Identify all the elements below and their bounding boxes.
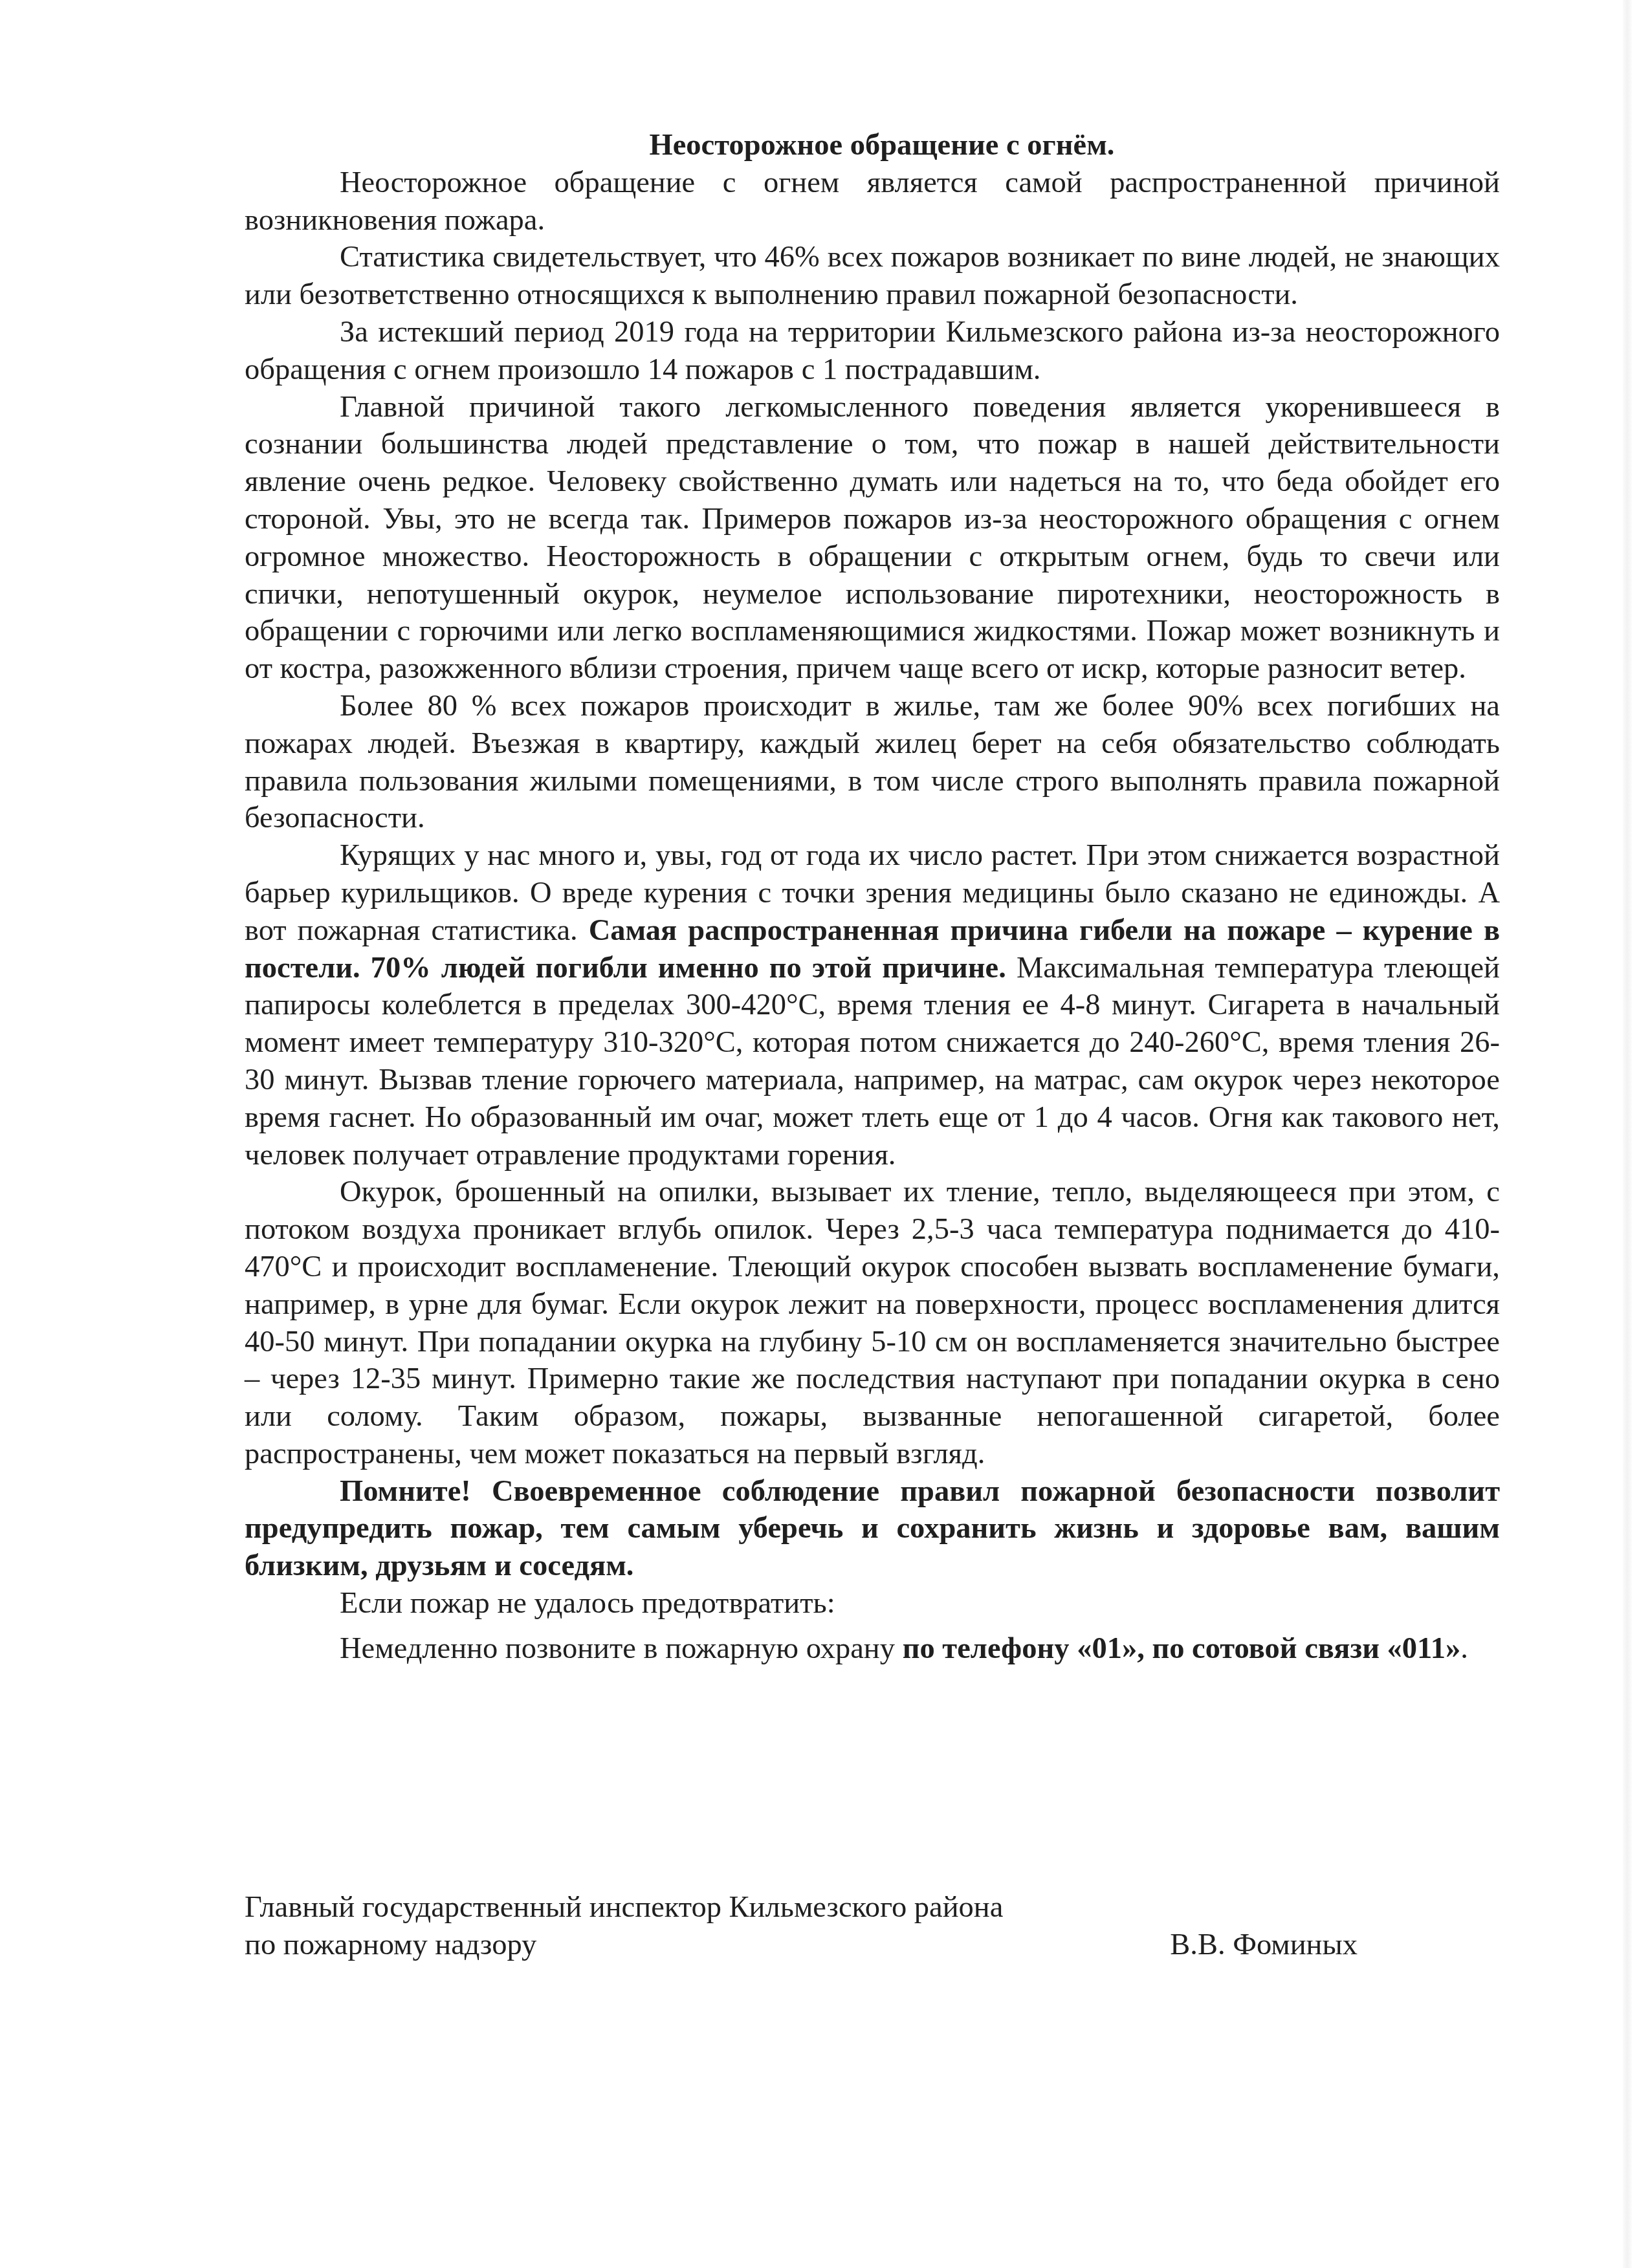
paragraph-smoking: Курящих у нас много и, увы, год от года … (245, 837, 1500, 1173)
paragraph-text: Немедленно позвоните в пожарную охрану (340, 1632, 903, 1665)
paragraph-text: Неосторожное обращение с огнем является … (245, 166, 1500, 237)
paragraph-text: Если пожар не удалось предотвратить: (340, 1587, 835, 1620)
paragraph-housing: Более 80 % всех пожаров происходит в жил… (245, 688, 1500, 837)
paragraph-emphasis: Помните! Своевременное соблюдение правил… (245, 1475, 1500, 1583)
paragraph-main-cause: Главной причиной такого легкомысленного … (245, 389, 1500, 688)
emergency-phone-numbers: по телефону «01», по сотовой связи «011» (903, 1632, 1461, 1665)
paragraph-text: За истекший период 2019 года на территор… (245, 316, 1500, 386)
signatory-position-line2: по пожарному надзору (245, 1926, 536, 1964)
paragraph-careless-handling: Неосторожное обращение с огнем является … (245, 164, 1500, 239)
signatory-name: В.В. Фоминых (1170, 1926, 1358, 1964)
paragraph-text: Более 80 % всех пожаров происходит в жил… (245, 690, 1500, 834)
paragraph-text: . (1460, 1632, 1468, 1665)
paragraph-statistics: Статистика свидетельствует, что 46% всех… (245, 239, 1500, 314)
paragraph-if-fire: Если пожар не удалось предотвратить: (245, 1585, 1500, 1622)
paragraph-district-2019: За истекший период 2019 года на территор… (245, 314, 1500, 389)
paragraph-text: Статистика свидетельствует, что 46% всех… (245, 241, 1500, 311)
document-body: Неосторожное обращение с огнём. Неосторо… (245, 127, 1500, 1668)
scan-edge (1623, 0, 1632, 2268)
signatory-position-line1: Главный государственный инспектор Кильме… (245, 1889, 1409, 1926)
signature-block: Главный государственный инспектор Кильме… (245, 1889, 1409, 1964)
paragraph-text: Окурок, брошенный на опилки, вызывает их… (245, 1175, 1500, 1470)
document-title: Неосторожное обращение с огнём. (245, 127, 1500, 164)
paragraph-cigarette-butt: Окурок, брошенный на опилки, вызывает их… (245, 1173, 1500, 1472)
paragraph-emergency-call: Немедленно позвоните в пожарную охрану п… (245, 1630, 1500, 1668)
paragraph-remember: Помните! Своевременное соблюдение правил… (245, 1473, 1500, 1585)
paragraph-text: Главной причиной такого легкомысленного … (245, 391, 1500, 686)
signature-row: по пожарному надзору В.В. Фоминых (245, 1926, 1358, 1964)
